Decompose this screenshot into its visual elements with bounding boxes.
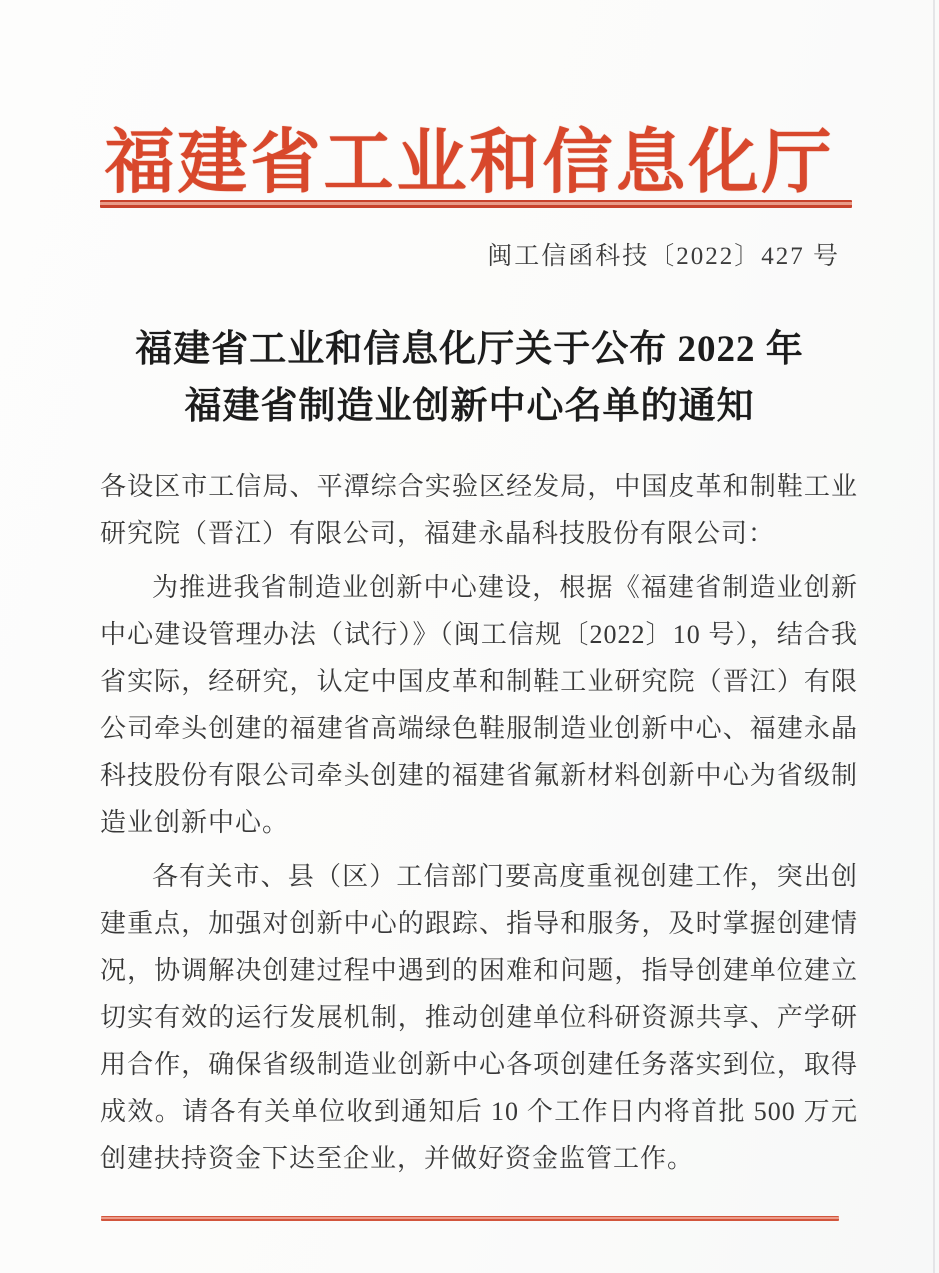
document-page: 福建省工业和信息化厅 闽工信函科技〔2022〕427 号 福建省工业和信息化厅关… — [0, 0, 939, 1273]
document-number: 闽工信函科技〔2022〕427 号 — [0, 236, 840, 272]
notice-title-line2: 福建省制造业创新中心名单的通知 — [0, 378, 939, 435]
notice-title-line1: 福建省工业和信息化厅关于公布 2022 年 — [0, 321, 939, 378]
salutation: 各设区市工信局、平潭综合实验区经发局，中国皮革和制鞋工业研究院（晋江）有限公司，… — [100, 463, 858, 557]
footer-red-rule — [101, 1216, 839, 1221]
letterhead-red-rule — [100, 200, 852, 208]
notice-title: 福建省工业和信息化厅关于公布 2022 年 福建省制造业创新中心名单的通知 — [0, 321, 939, 435]
notice-body: 各设区市工信局、平潭综合实验区经发局，中国皮革和制鞋工业研究院（晋江）有限公司，… — [100, 463, 858, 1189]
body-paragraph: 各有关市、县（区）工信部门要高度重视创建工作，突出创建重点，加强对创新中心的跟踪… — [100, 853, 858, 1182]
letterhead-agency-name: 福建省工业和信息化厅 — [0, 106, 939, 207]
body-paragraph: 为推进我省制造业创新中心建设，根据《福建省制造业创新中心建设管理办法（试行）》（… — [100, 564, 858, 846]
